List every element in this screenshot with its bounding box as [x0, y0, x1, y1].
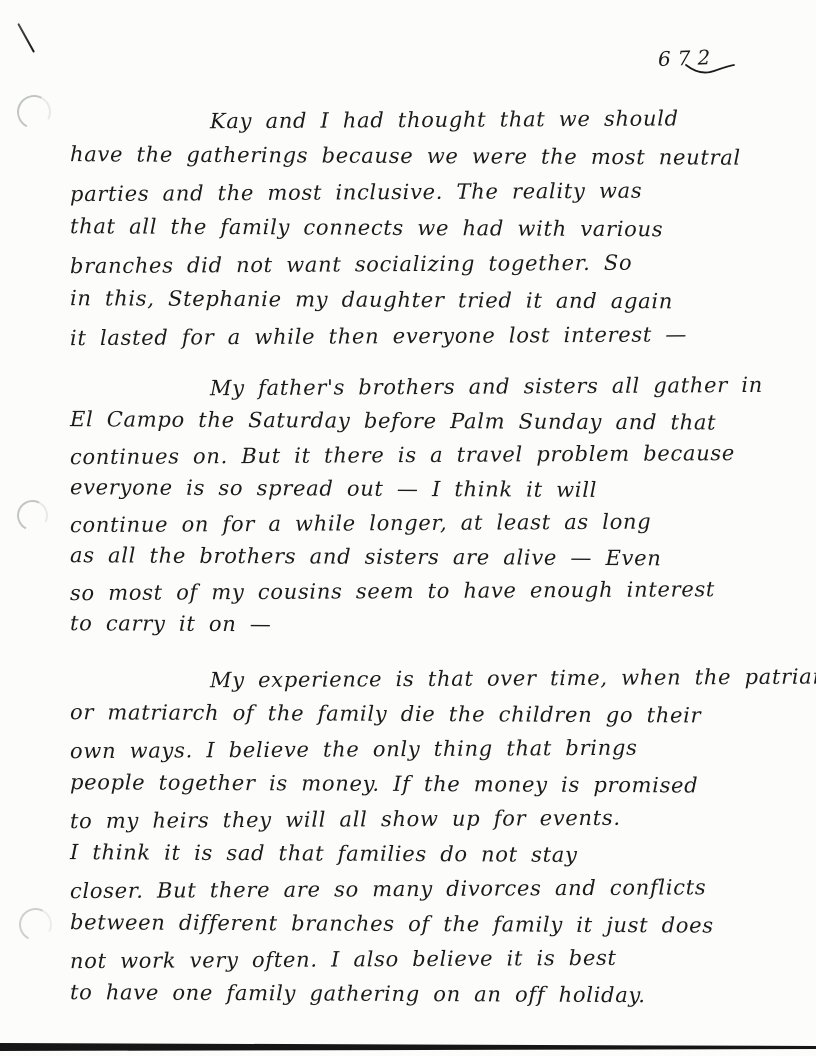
page-number-flourish [684, 62, 736, 78]
stray-pen-stroke [17, 23, 35, 53]
handwritten-line: branches did not want socializing togeth… [70, 244, 770, 284]
handwritten-line: people together is money. If the money i… [70, 765, 770, 804]
handwritten-line: in this, Stephanie my daughter tried it … [70, 280, 770, 320]
handwritten-line: continues on. But it there is a travel p… [70, 436, 770, 474]
handwritten-line: I think it is sad that families do not s… [70, 835, 770, 874]
handwritten-line: everyone is so spread out — I think it w… [70, 470, 770, 508]
handwritten-line: El Campo the Saturday before Palm Sunday… [70, 402, 770, 440]
handwritten-line: My experience is that over time, when th… [70, 660, 770, 699]
handwritten-line: not work very often. I also believe it i… [70, 940, 770, 979]
handwritten-line: Kay and I had thought that we should [70, 100, 770, 140]
handwritten-line: as all the brothers and sisters are aliv… [70, 538, 770, 576]
handwritten-line: to my heirs they will all show up for ev… [70, 800, 770, 839]
paragraph: My experience is that over time, when th… [70, 662, 770, 1012]
handwritten-line: to have one family gathering on an off h… [70, 975, 770, 1014]
paragraph: My father's brothers and sisters all gat… [70, 370, 770, 642]
handwritten-line: My father's brothers and sisters all gat… [70, 368, 770, 406]
hole-punch-mark [13, 496, 52, 535]
handwritten-line: closer. But there are so many divorces a… [70, 870, 770, 909]
handwritten-line: parties and the most inclusive. The real… [70, 172, 770, 212]
handwritten-line: it lasted for a while then everyone lost… [70, 316, 770, 356]
handwritten-line: so most of my cousins seem to have enoug… [70, 572, 770, 610]
handwritten-line: or matriarch of the family die the child… [70, 695, 770, 734]
hole-punch-mark [15, 904, 57, 946]
scanned-document-page: 672 Kay and I had thought that we should… [0, 0, 816, 1056]
hole-punch-mark [13, 91, 56, 134]
paragraph: Kay and I had thought that we shouldhave… [70, 102, 770, 354]
handwritten-line: that all the family connects we had with… [70, 208, 770, 248]
handwritten-line: between different branches of the family… [70, 905, 770, 944]
handwritten-line: continue on for a while longer, at least… [70, 504, 770, 542]
handwritten-line: to carry it on — [70, 606, 770, 644]
handwritten-line: own ways. I believe the only thing that … [70, 730, 770, 769]
scan-edge-line [0, 1040, 816, 1056]
handwritten-line: have the gatherings because we were the … [70, 136, 770, 176]
